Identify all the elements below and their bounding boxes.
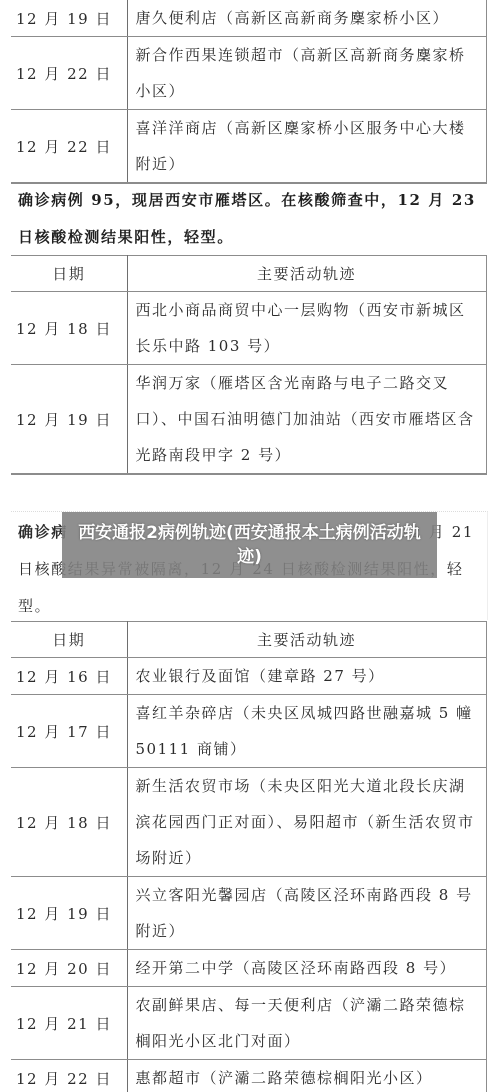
overlay-title: 西安通报2病例轨迹(西安通报本土病例活动轨迹) xyxy=(70,521,429,569)
table-header-row: 日期 主要活动轨迹 xyxy=(11,622,486,658)
activity-cell: 农副鲜果店、每一天便利店（浐灞二路荣德棕榈阳光小区北门对面） xyxy=(127,987,486,1060)
date-cell: 12 月 20 日 xyxy=(11,950,127,987)
table-row: 12 月 17 日 喜红羊杂碎店（未央区凤城四路世融嘉城 5 幢 50111 商… xyxy=(11,695,486,768)
document-page: 12 月 19 日 唐久便利店（高新区高新商务麇家桥小区） 12 月 22 日 … xyxy=(0,0,500,1092)
activity-cell: 喜洋洋商店（高新区麇家桥小区服务中心大楼附近） xyxy=(127,110,486,184)
activity-cell: 西北小商品商贸中心一层购物（西安市新城区长乐中路 103 号） xyxy=(127,292,486,365)
table-row: 12 月 22 日 喜洋洋商店（高新区麇家桥小区服务中心大楼附近） xyxy=(11,110,486,184)
table-row: 12 月 16 日 农业银行及面馆（建章路 27 号） xyxy=(11,658,486,695)
table-row: 12 月 22 日 惠都超市（浐灞二路荣德棕榈阳光小区） xyxy=(11,1060,486,1092)
activity-cell: 唐久便利店（高新区高新商务麇家桥小区） xyxy=(127,0,486,37)
case-next-prefix: 确诊病 xyxy=(18,514,68,551)
activity-cell: 喜红羊杂碎店（未央区凤城四路世融嘉城 5 幢 50111 商铺） xyxy=(127,695,486,768)
table-row: 12 月 19 日 华润万家（雁塔区含光南路与电子二路交叉口）、中国石油明德门加… xyxy=(11,365,486,475)
activity-cell: 经开第二中学（高陵区泾环南路西段 8 号） xyxy=(127,950,486,987)
activity-cell: 兴立客阳光馨园店（高陵区泾环南路西段 8 号附近） xyxy=(127,877,486,950)
date-cell: 12 月 17 日 xyxy=(11,695,127,768)
table-row: 12 月 19 日 兴立客阳光馨园店（高陵区泾环南路西段 8 号附近） xyxy=(11,877,486,950)
activity-cell: 新合作西果连锁超市（高新区高新商务麇家桥小区） xyxy=(127,37,486,110)
table-row: 12 月 18 日 新生活农贸市场（未央区阳光大道北段长庆湖滨花园西门正对面）、… xyxy=(11,768,486,877)
header-activity: 主要活动轨迹 xyxy=(127,256,486,292)
activity-cell: 惠都超市（浐灞二路荣德棕榈阳光小区） xyxy=(127,1060,486,1092)
date-cell: 12 月 19 日 xyxy=(11,0,127,37)
case-next-line-3: 型。 xyxy=(18,588,488,625)
table-row: 12 月 20 日 经开第二中学（高陵区泾环南路西段 8 号） xyxy=(11,950,486,987)
article-title-overlay: 西安通报2病例轨迹(西安通报本土病例活动轨迹) xyxy=(62,512,437,578)
date-cell: 12 月 22 日 xyxy=(11,110,127,184)
header-date: 日期 xyxy=(11,622,127,658)
date-cell: 12 月 16 日 xyxy=(11,658,127,695)
table-row: 12 月 22 日 新合作西果连锁超市（高新区高新商务麇家桥小区） xyxy=(11,37,486,110)
date-cell: 12 月 18 日 xyxy=(11,292,127,365)
date-cell: 12 月 19 日 xyxy=(11,365,127,475)
header-date: 日期 xyxy=(11,256,127,292)
trace-table-case-next: 日期 主要活动轨迹 12 月 16 日 农业银行及面馆（建章路 27 号） 12… xyxy=(11,621,487,1092)
table-row: 12 月 21 日 农副鲜果店、每一天便利店（浐灞二路荣德棕榈阳光小区北门对面） xyxy=(11,987,486,1060)
date-cell: 12 月 22 日 xyxy=(11,37,127,110)
date-cell: 12 月 18 日 xyxy=(11,768,127,877)
activity-cell: 农业银行及面馆（建章路 27 号） xyxy=(127,658,486,695)
header-activity: 主要活动轨迹 xyxy=(127,622,486,658)
activity-cell: 新生活农贸市场（未央区阳光大道北段长庆湖滨花园西门正对面）、易阳超市（新生活农贸… xyxy=(127,768,486,877)
table-header-row: 日期 主要活动轨迹 xyxy=(11,256,486,292)
date-cell: 12 月 19 日 xyxy=(11,877,127,950)
table-row: 12 月 19 日 唐久便利店（高新区高新商务麇家桥小区） xyxy=(11,0,486,37)
case-95-description: 确诊病例 95，现居西安市雁塔区。在核酸筛查中，12 月 23 日核酸检测结果阳… xyxy=(18,182,488,256)
trace-table-top: 12 月 19 日 唐久便利店（高新区高新商务麇家桥小区） 12 月 22 日 … xyxy=(11,0,487,184)
date-cell: 12 月 21 日 xyxy=(11,987,127,1060)
date-cell: 12 月 22 日 xyxy=(11,1060,127,1092)
table-row: 12 月 18 日 西北小商品商贸中心一层购物（西安市新城区长乐中路 103 号… xyxy=(11,292,486,365)
activity-cell: 华润万家（雁塔区含光南路与电子二路交叉口）、中国石油明德门加油站（西安市雁塔区含… xyxy=(127,365,486,475)
trace-table-case-95: 日期 主要活动轨迹 12 月 18 日 西北小商品商贸中心一层购物（西安市新城区… xyxy=(11,255,487,475)
